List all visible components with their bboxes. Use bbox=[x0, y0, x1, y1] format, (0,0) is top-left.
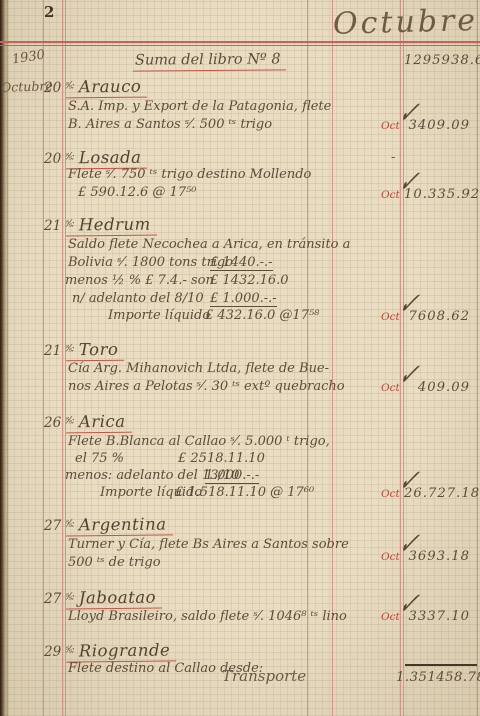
entry-line-amount: £ 432.16.0 @17⁵⁸ bbox=[205, 308, 319, 323]
entry-title: ˢ⁄ₛ: Argentina bbox=[66, 514, 173, 536]
header-rule-top bbox=[0, 41, 480, 43]
entry-line: Cía Arg. Mihanovich Ltda, flete de Bue- bbox=[68, 361, 329, 376]
entry-line-text: menos ½ % £ 7.4.- son bbox=[65, 273, 214, 288]
entry-day: 21 bbox=[44, 343, 61, 359]
entry-line-amount: £ 1440.-.- bbox=[210, 255, 273, 271]
entry-line: el 75 % £ 2518.11.10 bbox=[75, 451, 124, 466]
entry-title: ˢ⁄ₛ: Arauco bbox=[66, 77, 148, 99]
margin-rule-left bbox=[7, 0, 8, 716]
steamship-prefix: ˢ⁄ₛ: bbox=[66, 518, 74, 529]
entry-amount: 3693.18 bbox=[404, 549, 470, 564]
entry-title: ˢ⁄ₛ: Riogrande bbox=[66, 640, 176, 662]
entry-amount: 26.727.18 bbox=[404, 486, 470, 501]
entry-amount: 7608.62 bbox=[404, 309, 470, 324]
entry-line-amount: 1.000.-.- bbox=[205, 468, 259, 484]
entry-line: menos ½ % £ 7.4.- son £ 1432.16.0 bbox=[65, 273, 214, 288]
page-number: 2 bbox=[44, 3, 54, 21]
entry-title: ˢ⁄ₛ: Arica bbox=[66, 412, 132, 434]
entry-line: Flete ˢ⁄. 750 ᵗˢ trigo destino Mollendo bbox=[68, 167, 311, 182]
entry-line-text: n/ adelanto del 8/10 bbox=[72, 291, 204, 306]
steamship-prefix: ˢ⁄ₛ: bbox=[66, 644, 74, 655]
entry-day: 29 bbox=[44, 644, 61, 660]
entry-day: 27 bbox=[44, 518, 61, 534]
entry-line: Importe líquido £ 1.518.11.10 @ 17⁶⁰ bbox=[100, 485, 202, 500]
page-edge-rule bbox=[477, 0, 478, 716]
steamship-prefix: ˢ⁄ₛ: bbox=[66, 151, 74, 162]
ship-name: Argentina bbox=[79, 515, 167, 535]
ledger-page: 2 Octubre 1930 Octubre Suma del libro Nº… bbox=[0, 0, 480, 716]
entry-line: £ 590.12.6 @ 17⁵⁰ bbox=[78, 185, 197, 200]
entry-line: 500 ᵗˢ de trigo bbox=[68, 555, 161, 570]
entry-line-text: Importe líquido bbox=[108, 308, 210, 323]
steamship-prefix: ˢ⁄ₛ: bbox=[66, 415, 74, 426]
entry-line: n/ adelanto del 8/10 £ 1.000.-.- bbox=[72, 291, 204, 306]
entry-line: Bolivia ˢ⁄. 1800 tons trigo £ 1440.-.- bbox=[68, 255, 233, 270]
entry-day: 20 bbox=[44, 80, 61, 96]
day-column-rule-a bbox=[62, 0, 63, 716]
steamship-prefix: ˢ⁄ₛ: bbox=[66, 218, 74, 229]
carry-forward-amount: 1.351458.78 bbox=[396, 670, 478, 685]
ship-name: Losada bbox=[79, 148, 142, 168]
entry-day: 21 bbox=[44, 218, 61, 234]
entry-line-amount: £ 1.518.11.10 @ 17⁶⁰ bbox=[175, 485, 314, 500]
total-rule bbox=[405, 664, 477, 666]
entry-title: ˢ⁄ₛ: Hedrum bbox=[66, 215, 157, 237]
steamship-prefix: ˢ⁄ₛ: bbox=[66, 591, 74, 602]
entry-line-amount: £ 1432.16.0 bbox=[210, 273, 289, 288]
entry-day: 27 bbox=[44, 591, 61, 607]
ship-name: Arica bbox=[79, 412, 126, 431]
entry-line: Lloyd Brasileiro, saldo flete ˢ⁄. 1046⁸ … bbox=[68, 609, 347, 624]
entry-line: S.A. Imp. y Export de la Patagonia, flet… bbox=[68, 99, 331, 114]
entry-day: 20 bbox=[44, 151, 61, 167]
entry-line-amount: £ 1.000.-.- bbox=[210, 291, 277, 307]
entry-day: 26 bbox=[44, 415, 61, 431]
entry-line: nos Aires a Pelotas ˢ⁄. 30 ᵗˢ extº quebr… bbox=[68, 379, 345, 394]
opening-balance-amount: 1295938.60 bbox=[404, 53, 470, 68]
opening-balance-label: Suma del libro Nº 8 bbox=[133, 51, 286, 71]
entry-line: Turner y Cía, flete Bs Aires a Santos so… bbox=[68, 537, 349, 552]
entry-amount: 3337.10 bbox=[404, 609, 470, 624]
header-rule-bottom bbox=[0, 45, 480, 47]
carry-forward-label: Transporte bbox=[222, 667, 306, 685]
ship-name: Arauco bbox=[79, 77, 142, 97]
entry-title: ˢ⁄ₛ: Jaboatao bbox=[66, 587, 162, 609]
entry-line-amount: £ 2518.11.10 bbox=[178, 451, 265, 466]
nil-dash: - bbox=[391, 150, 395, 165]
steamship-prefix: ˢ⁄ₛ: bbox=[66, 343, 74, 354]
ship-name: Jaboatao bbox=[79, 588, 156, 608]
entry-amount: 409.09 bbox=[404, 380, 470, 395]
ship-name: Hedrum bbox=[79, 215, 151, 235]
year-label: 1930 bbox=[11, 48, 46, 68]
entry-line: Flete B.Blanca al Callao ˢ⁄. 5.000 ᵗ tri… bbox=[68, 434, 330, 449]
entry-amount: 10.335.92 bbox=[404, 187, 470, 202]
entry-line-text: el 75 % bbox=[75, 451, 124, 466]
month-heading: Octubre bbox=[333, 3, 472, 42]
entry-line: menos: adelanto del 13/10 1.000.-.- bbox=[65, 468, 239, 483]
ship-name: Toro bbox=[79, 340, 119, 359]
ship-name: Riogrande bbox=[79, 640, 171, 660]
entry-line: Importe líquido £ 432.16.0 @17⁵⁸ bbox=[108, 308, 210, 323]
steamship-prefix: ˢ⁄ₛ: bbox=[66, 80, 74, 91]
entry-line-text: Bolivia ˢ⁄. 1800 tons trigo bbox=[68, 255, 233, 270]
entry-line: Saldo flete Necochea a Arica, en tránsit… bbox=[68, 237, 350, 252]
entry-amount: 3409.09 bbox=[404, 118, 470, 133]
entry-line: B. Aires a Santos ˢ⁄. 500 ᵗˢ trigo bbox=[68, 117, 272, 132]
entry-title: ˢ⁄ₛ: Toro bbox=[66, 340, 125, 362]
